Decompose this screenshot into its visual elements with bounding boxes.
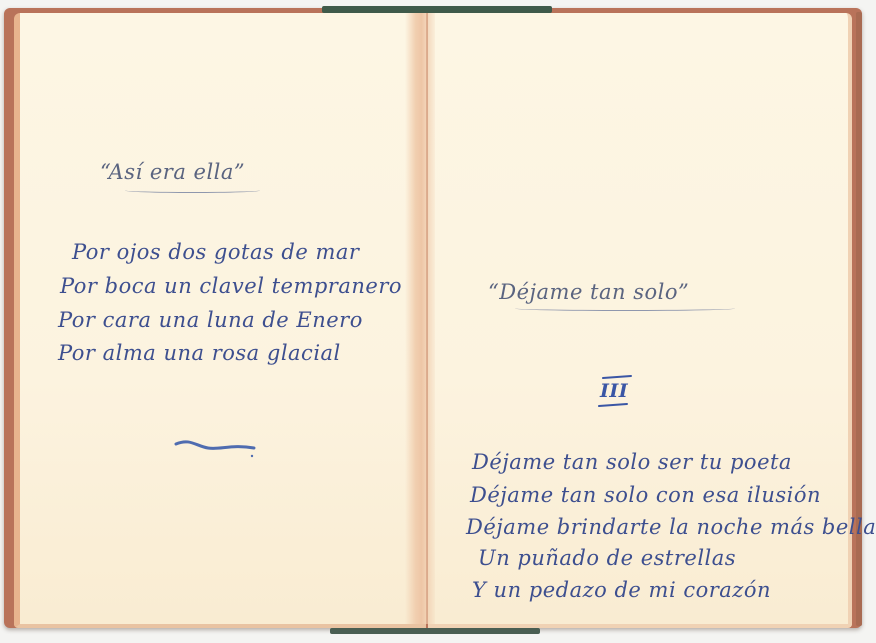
spine-top: [322, 6, 552, 13]
right-verse-line-2: Déjame tan solo con esa ilusión: [470, 483, 821, 507]
left-verse-line-3: Por cara una luna de Enero: [58, 308, 363, 332]
left-verse-line-1: Por ojos dos gotas de mar: [72, 240, 359, 264]
right-poem-title: “Déjame tan solo”: [488, 280, 689, 304]
page-gutter: [405, 13, 435, 624]
right-verse-line-1: Déjame tan solo ser tu poeta: [472, 450, 792, 474]
left-verse-line-2: Por boca un clavel tempranero: [60, 274, 402, 298]
end-flourish-icon: [172, 436, 262, 458]
left-poem-title: “Así era ella”: [100, 160, 245, 184]
spine-bottom: [330, 628, 540, 634]
left-title-underline: [125, 188, 260, 193]
right-verse-line-5: Y un pedazo de mi corazón: [472, 578, 771, 602]
right-title-underline: [515, 306, 735, 311]
right-verse-line-3: Déjame brindarte la noche más bella: [466, 515, 876, 539]
left-verse-line-4: Por alma una rosa glacial: [58, 341, 341, 365]
right-verse-line-4: Un puñado de estrellas: [478, 546, 736, 570]
numeral-bars-icon: [597, 372, 637, 410]
